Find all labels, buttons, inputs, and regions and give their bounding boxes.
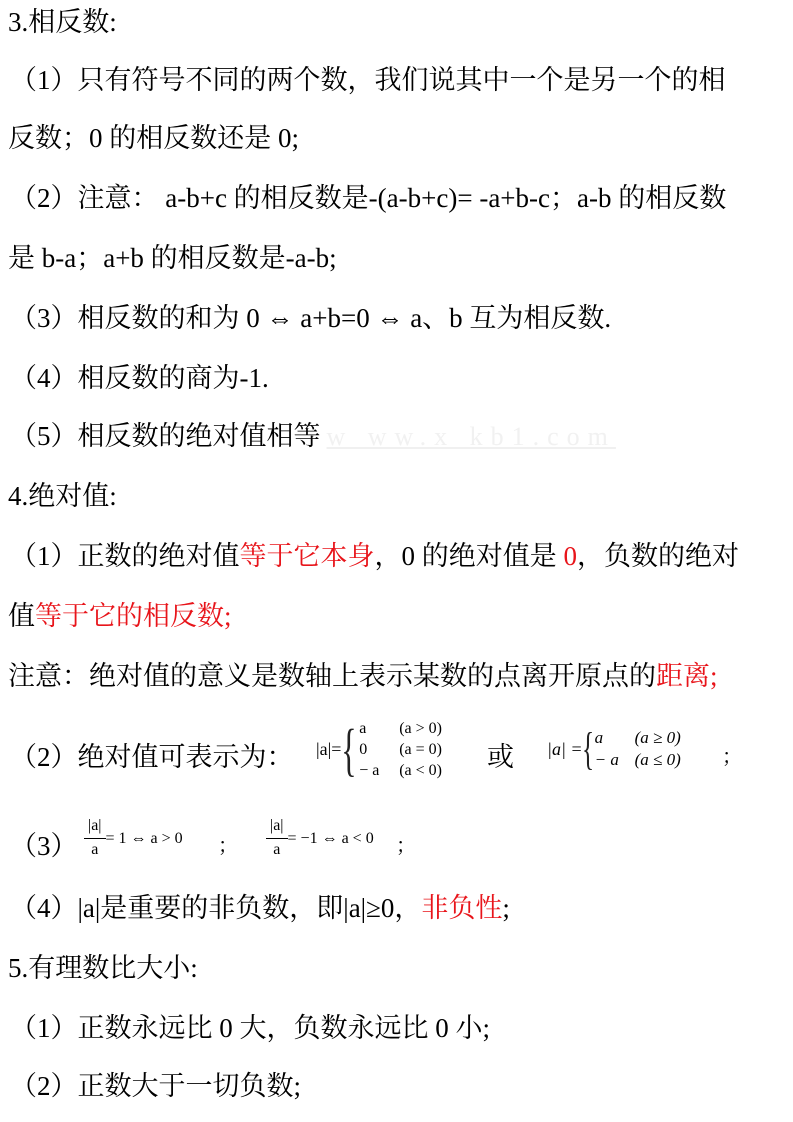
text: ，0 的绝对值是 xyxy=(375,541,564,571)
text: （1）正数的绝对值 xyxy=(10,541,240,571)
section4-item1-line2: 值等于它的相反数; xyxy=(8,596,232,636)
text: 注意：绝对值的意义是数轴上表示某数的点离开原点的 xyxy=(8,661,656,691)
section3-item1-line1: （1）只有符号不同的两个数，我们说其中一个是另一个的相 xyxy=(10,60,726,100)
formula-lhs: |a| = xyxy=(547,739,583,760)
semicolon: ； xyxy=(722,737,742,777)
text: ; xyxy=(502,893,510,923)
piecewise-formula-2: |a| = { a(a ≥ 0) − a(a ≤ 0) xyxy=(547,726,681,772)
or-text: 或 xyxy=(487,737,514,777)
section3-item2-line1: （2）注意： a-b+c 的相反数是-(a-b+c)= -a+b-c；a-b 的… xyxy=(10,178,726,218)
text: （4）|a|是重要的非负数，即|a|≥0， xyxy=(10,893,421,923)
section4-note: 注意：绝对值的意义是数轴上表示某数的点离开原点的距离; xyxy=(8,656,718,696)
highlight-text: 非负性 xyxy=(421,893,502,923)
watermark-link[interactable]: w ww.x kb1.com xyxy=(327,422,616,451)
text: 值 xyxy=(8,601,35,631)
end-semicolon: ； xyxy=(396,826,416,866)
section3-item5: （5）相反数的绝对值相等 xyxy=(10,421,321,451)
section5-heading: 5.有理数比大小: xyxy=(8,948,198,988)
section3-item5-row: （5）相反数的绝对值相等w ww.x kb1.com xyxy=(10,416,616,456)
section4-item3-label: （3） xyxy=(10,826,78,866)
piecewise-formula-1: |a|= { a(a > 0) 0(a = 0) − a(a < 0) xyxy=(316,718,442,781)
section4-item2-label: （2）绝对值可表示为： xyxy=(10,737,294,777)
section3-item2-line2: 是 b-a；a+b 的相反数是-a-b; xyxy=(8,238,337,278)
section3-item3: （3）相反数的和为 0 ⇔ a+b=0 ⇔ a、b 互为相反数. xyxy=(10,298,611,338)
left-brace-icon: { xyxy=(342,721,357,779)
section3-heading: 3.相反数: xyxy=(8,2,117,42)
highlight-text: 距离; xyxy=(656,661,718,691)
left-brace-icon: { xyxy=(582,726,594,772)
highlight-text: 等于它的相反数; xyxy=(35,601,232,631)
fraction-formula-2: |a|a = −1 ⇔ a < 0 xyxy=(266,816,374,861)
section3-item1-line2: 反数；0 的相反数还是 0; xyxy=(8,118,299,158)
formula-lhs: |a|= xyxy=(316,739,341,760)
section3-item4: （4）相反数的商为-1. xyxy=(10,358,269,398)
section4-item1-line1: （1）正数的绝对值等于它本身，0 的绝对值是 0，负数的绝对 xyxy=(10,536,739,576)
section5-item2: （2）正数大于一切负数; xyxy=(10,1066,301,1106)
section5-item1: （1）正数永远比 0 大，负数永远比 0 小; xyxy=(10,1008,490,1048)
fraction-formula-1: |a|a = 1 ⇔ a > 0 xyxy=(84,816,183,861)
separator: ； xyxy=(218,826,238,866)
section4-item4: （4）|a|是重要的非负数，即|a|≥0，非负性; xyxy=(10,888,510,928)
highlight-text: 0 xyxy=(564,541,578,571)
text: ，负数的绝对 xyxy=(577,541,739,571)
section4-heading: 4.绝对值: xyxy=(8,476,117,516)
highlight-text: 等于它本身 xyxy=(240,541,375,571)
